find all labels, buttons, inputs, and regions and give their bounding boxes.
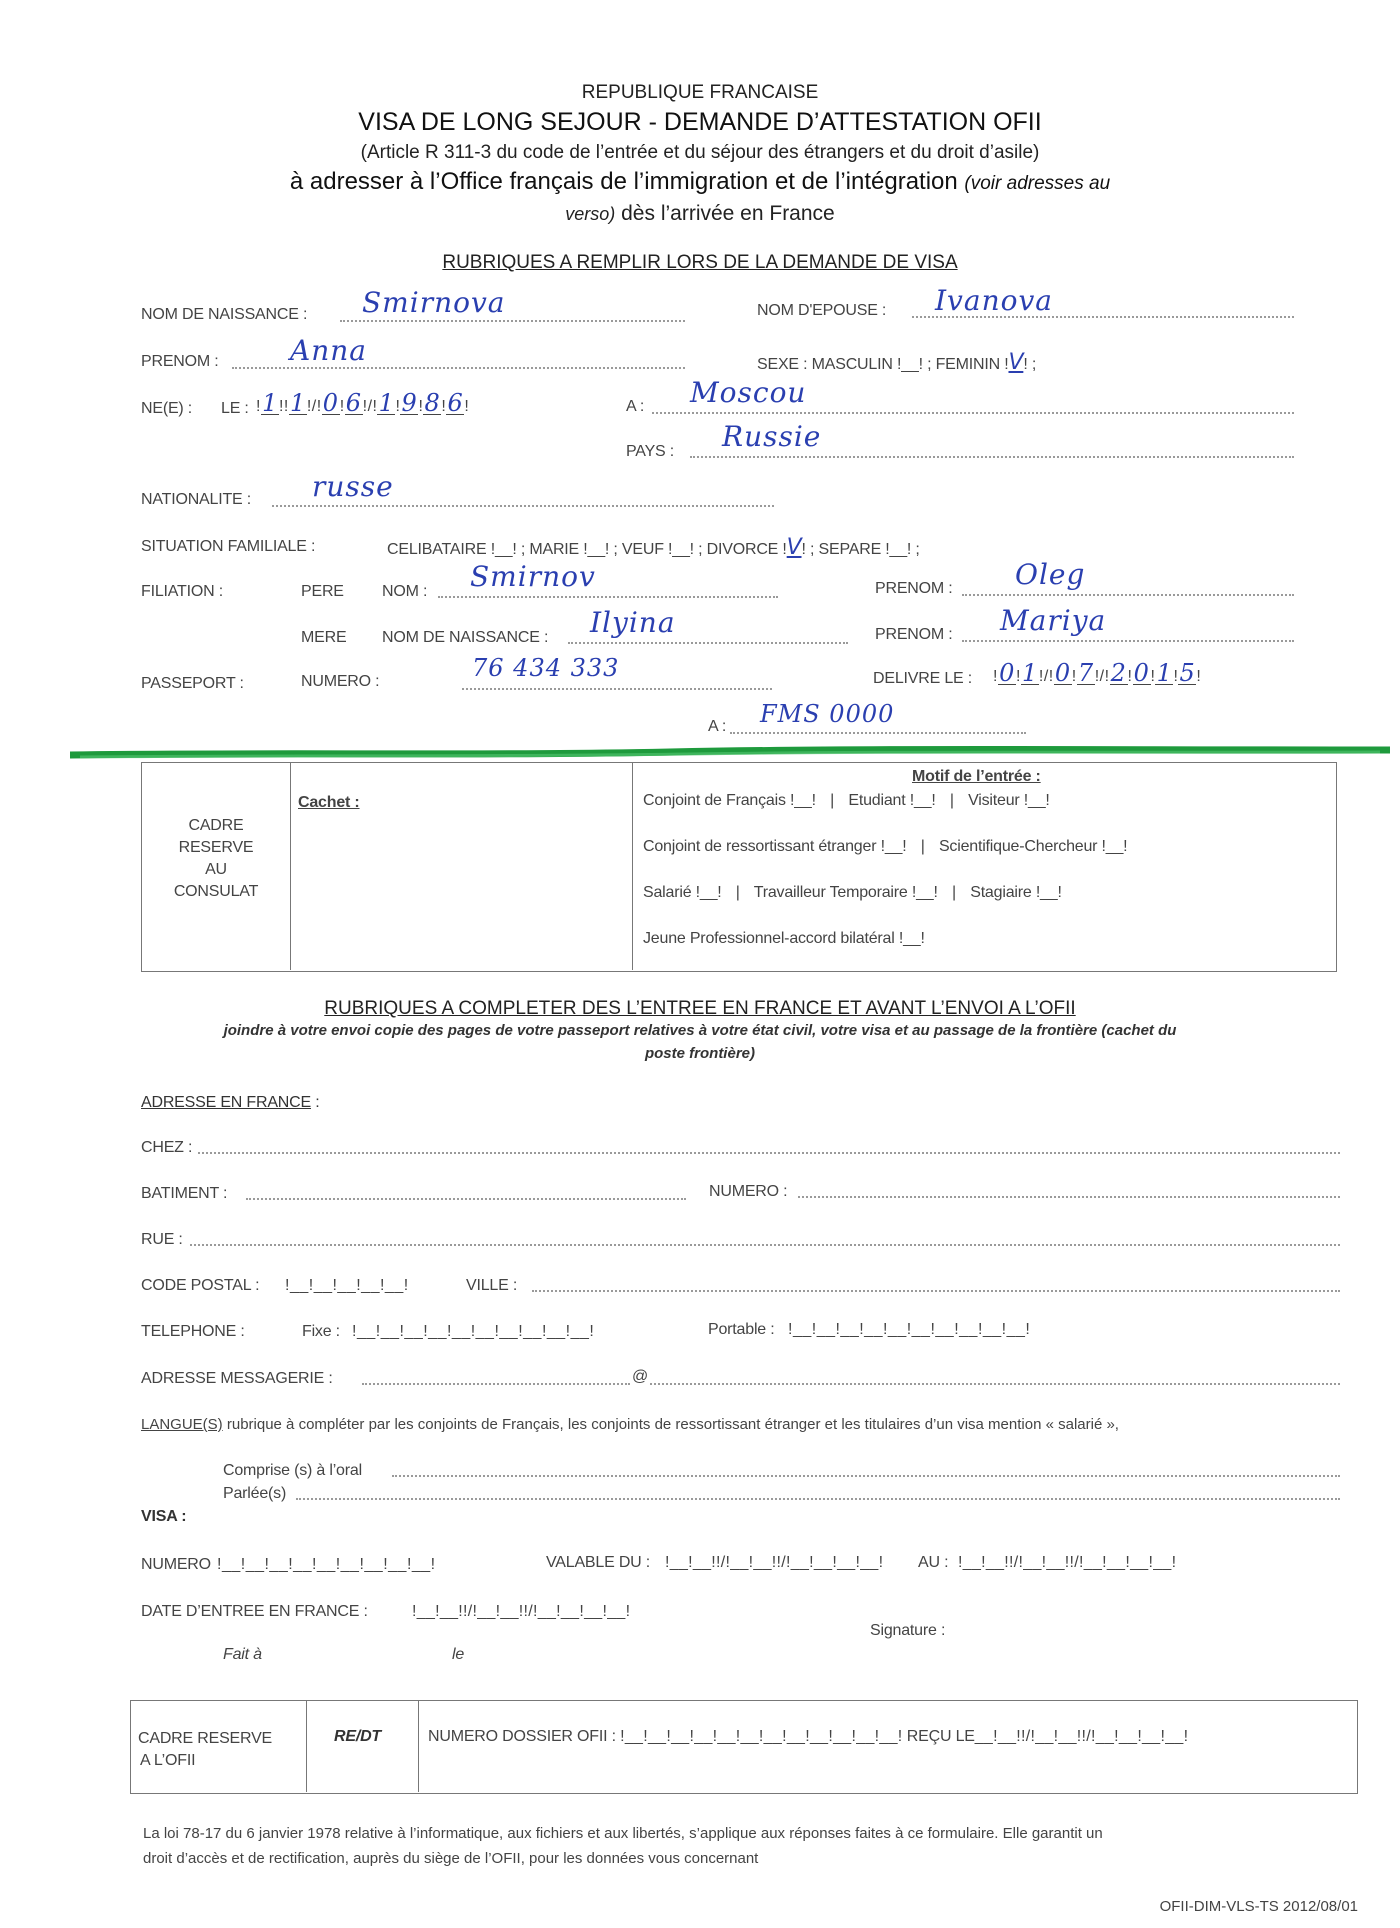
- code-postal-label: CODE POSTAL :: [141, 1277, 259, 1295]
- option-separe[interactable]: SEPARE !__! ;: [819, 541, 920, 558]
- numero-rue-field[interactable]: [798, 1196, 1340, 1198]
- code-postal-field[interactable]: !__!__!__!__!__!: [285, 1277, 409, 1295]
- lieu-naissance-field[interactable]: [652, 412, 1294, 414]
- motif-row-1: Conjoint de Français !__! | Etudiant !__…: [643, 792, 1050, 810]
- motif-row-2: Conjoint de ressortissant étranger !__! …: [643, 838, 1127, 856]
- fixe-phone-field[interactable]: !__!__!__!__!__!__!__!__!__!__!: [352, 1323, 594, 1341]
- motif-row-4: Jeune Professionnel-accord bilatéral !__…: [643, 930, 925, 948]
- date-entree-label: DATE D’ENTREE EN FRANCE :: [141, 1603, 368, 1621]
- address-italic: (voir adresses au: [964, 173, 1110, 194]
- section-2-subtitle-1: joindre à votre envoi copie des pages de…: [0, 1022, 1400, 1039]
- nom-epouse-label: NOM D'EPOUSE :: [757, 302, 886, 320]
- divider: [418, 1700, 419, 1792]
- section-2-subtitle-2: poste frontière): [0, 1045, 1400, 1062]
- passeport-a-field[interactable]: [730, 732, 1026, 734]
- passeport-numero-value[interactable]: 76 434 333: [472, 654, 619, 682]
- law-notice-line-2: droit d’accès et de rectification, auprè…: [143, 1850, 758, 1867]
- motif-etudiant[interactable]: Etudiant !__!: [848, 792, 935, 809]
- passeport-a-value[interactable]: FMS 0000: [760, 700, 894, 728]
- divider: [290, 762, 291, 970]
- green-marker-divider: [70, 746, 1390, 760]
- delivre-label: DELIVRE LE :: [873, 670, 972, 688]
- motif-travailleur-temporaire[interactable]: Travailleur Temporaire !__!: [754, 884, 938, 901]
- fait-a-label: Fait à: [223, 1646, 262, 1664]
- header-address-line-1: à adresser à l’Office français de l’immi…: [0, 168, 1400, 196]
- divider: [632, 762, 633, 970]
- pere-nom-label: NOM :: [382, 583, 427, 601]
- au-label: AU :: [918, 1554, 948, 1572]
- portable-label: Portable :: [708, 1321, 775, 1339]
- dossier-label: NUMERO DOSSIER OFII :: [428, 1728, 616, 1745]
- motif-title: Motif de l’entrée :: [912, 768, 1041, 786]
- dossier-number-field[interactable]: !__!__!__!__!__!__!__!__!__!__!__!__!: [620, 1728, 902, 1745]
- situation-options: CELIBATAIRE !__! ; MARIE !__! ; VEUF !__…: [387, 535, 920, 560]
- redt-label: RE/DT: [334, 1728, 381, 1746]
- chez-field[interactable]: [198, 1152, 1340, 1154]
- email-local-field[interactable]: [362, 1383, 630, 1385]
- lieu-naissance-value[interactable]: Moscou: [690, 376, 806, 409]
- delivre-date-field[interactable]: !0!1!/!0!7!/!2!0!1!5!: [993, 662, 1201, 686]
- visa-heading: VISA :: [141, 1508, 186, 1526]
- nom-naissance-value[interactable]: Smirnova: [362, 286, 505, 319]
- langue-label: LANGUE(S): [141, 1416, 223, 1433]
- messagerie-label: ADRESSE MESSAGERIE :: [141, 1370, 333, 1388]
- feminin-label: ; FEMININ: [927, 356, 1000, 373]
- motif-salarie[interactable]: Salarié !__!: [643, 884, 722, 901]
- rue-label: RUE :: [141, 1231, 183, 1249]
- ofii-reserved-label: CADRE RESERVE A L’OFII: [138, 1728, 272, 1772]
- feminin-check-mark: V: [1008, 350, 1023, 375]
- valable-du-field[interactable]: !__!__!!/!__!__!!/!__!__!__!__!: [665, 1554, 883, 1572]
- ofii-reserved-box: [130, 1700, 1358, 1794]
- ville-field[interactable]: [532, 1290, 1340, 1292]
- pere-nom-field[interactable]: [438, 596, 778, 598]
- feminin-checkbox[interactable]: !V! ;: [1004, 356, 1036, 373]
- mere-nom-value[interactable]: Ilyina: [590, 606, 676, 639]
- visa-numero-field[interactable]: !__!__!__!__!__!__!__!__!__!: [217, 1556, 436, 1574]
- motif-row-3: Salarié !__! | Travailleur Temporaire !_…: [643, 884, 1062, 902]
- masculin-checkbox[interactable]: !__!: [897, 356, 923, 373]
- visa-numero-label: NUMERO: [141, 1556, 211, 1574]
- header-article: (Article R 311-3 du code de l’entrée et …: [0, 142, 1400, 164]
- motif-jeune-professionnel[interactable]: Jeune Professionnel-accord bilatéral !__…: [643, 930, 925, 947]
- prenom-value[interactable]: Anna: [290, 334, 367, 367]
- nee-le-label: LE :: [221, 400, 249, 418]
- langue-instructions: rubrique à compléter par les conjoints d…: [223, 1416, 1119, 1433]
- option-veuf[interactable]: VEUF !__! ;: [622, 541, 703, 558]
- pays-label: PAYS :: [626, 443, 674, 461]
- ville-label: VILLE :: [466, 1277, 517, 1295]
- passeport-numero-field[interactable]: [462, 688, 772, 690]
- pays-field[interactable]: [690, 456, 1294, 458]
- passeport-label: PASSEPORT :: [141, 675, 244, 693]
- option-celibataire[interactable]: CELIBATAIRE !__! ;: [387, 541, 525, 558]
- header-address-line-2: verso) dès l’arrivée en France: [0, 202, 1400, 226]
- address-italic-verso: verso): [565, 204, 615, 224]
- recu-label: REÇU LE: [907, 1728, 975, 1745]
- passeport-numero-label: NUMERO :: [301, 673, 379, 691]
- langue-row: LANGUE(S) rubrique à compléter par les c…: [141, 1416, 1119, 1433]
- sexe-field: SEXE : MASCULIN !__! ; FEMININ !V! ;: [757, 350, 1036, 375]
- nom-epouse-value[interactable]: Ivanova: [935, 284, 1053, 317]
- au-field[interactable]: !__!__!!/!__!__!!/!__!__!__!__!: [958, 1554, 1176, 1572]
- nom-naissance-label: NOM DE NAISSANCE :: [141, 306, 307, 324]
- pays-value[interactable]: Russie: [722, 420, 821, 453]
- at-sign: @: [632, 1368, 648, 1386]
- option-divorce[interactable]: DIVORCE !V! ;: [707, 541, 815, 558]
- form-code: OFII-DIM-VLS-TS 2012/08/01: [1160, 1898, 1358, 1915]
- comprise-field[interactable]: [392, 1475, 1340, 1477]
- pere-prenom-label: PRENOM :: [875, 580, 953, 598]
- lieu-naissance-label: A :: [626, 398, 644, 416]
- parlee-label: Parlée(s): [223, 1485, 286, 1503]
- filiation-label: FILIATION :: [141, 583, 223, 601]
- numero-rue-label: NUMERO :: [709, 1183, 787, 1201]
- section-1-title: RUBRIQUES A REMPLIR LORS DE LA DEMANDE D…: [0, 252, 1400, 274]
- birth-date-field[interactable]: !1!!1!/!0!6!/!1!9!8!6!: [256, 392, 469, 416]
- prenom-field[interactable]: [232, 367, 685, 369]
- situation-label: SITUATION FAMILIALE :: [141, 538, 315, 556]
- consulat-reserved-label: CADRE RESERVE AU CONSULAT: [142, 815, 290, 903]
- section-2-title: RUBRIQUES A COMPLETER DES L’ENTREE EN FR…: [0, 998, 1400, 1020]
- pere-prenom-value[interactable]: Oleg: [1015, 558, 1085, 591]
- prenom-label: PRENOM :: [141, 353, 219, 371]
- motif-visiteur[interactable]: Visiteur !__!: [968, 792, 1050, 809]
- nom-naissance-field[interactable]: [340, 320, 685, 322]
- adresse-france-heading: ADRESSE EN FRANCE :: [141, 1094, 319, 1112]
- portable-phone-field[interactable]: !__!__!__!__!__!__!__!__!__!__!: [788, 1321, 1030, 1339]
- pere-nom-value[interactable]: Smirnov: [470, 560, 596, 593]
- fixe-label: Fixe :: [302, 1323, 340, 1341]
- recu-date-field[interactable]: __!__!!/!__!__!!/!__!__!__!__!: [975, 1728, 1189, 1745]
- nationalite-label: NATIONALITE :: [141, 491, 251, 509]
- rue-field[interactable]: [190, 1244, 1340, 1246]
- nee-label: NE(E) :: [141, 400, 192, 418]
- cachet-label: Cachet :: [298, 794, 360, 812]
- divorce-check-mark: V: [787, 535, 802, 560]
- mere-label: MERE: [301, 629, 346, 647]
- le-label: le: [452, 1646, 464, 1664]
- valable-du-label: VALABLE DU :: [546, 1554, 650, 1572]
- signature-label: Signature :: [870, 1622, 945, 1640]
- mere-prenom-label: PRENOM :: [875, 626, 953, 644]
- motif-scientifique[interactable]: Scientifique-Chercheur !__!: [939, 838, 1127, 855]
- batiment-label: BATIMENT :: [141, 1185, 227, 1203]
- motif-conjoint-etranger[interactable]: Conjoint de ressortissant étranger !__!: [643, 838, 906, 855]
- form-title: VISA DE LONG SEJOUR - DEMANDE D’ATTESTAT…: [0, 108, 1400, 137]
- divider: [306, 1700, 307, 1792]
- motif-stagiaire[interactable]: Stagiaire !__!: [970, 884, 1061, 901]
- sexe-label: SEXE : MASCULIN: [757, 356, 893, 373]
- ofii-dossier-row: NUMERO DOSSIER OFII : !__!__!__!__!__!__…: [428, 1728, 1188, 1746]
- telephone-label: TELEPHONE :: [141, 1323, 245, 1341]
- mere-nom-field[interactable]: [568, 642, 848, 644]
- header-republic: REPUBLIQUE FRANCAISE: [0, 82, 1400, 104]
- mere-prenom-value[interactable]: Mariya: [1000, 604, 1106, 637]
- law-notice-line-1: La loi 78-17 du 6 janvier 1978 relative …: [143, 1825, 1103, 1842]
- passeport-a-label: A :: [708, 718, 726, 736]
- pere-label: PERE: [301, 583, 344, 601]
- parlee-field[interactable]: [296, 1498, 1340, 1500]
- mere-prenom-field[interactable]: [962, 640, 1294, 642]
- pere-prenom-field[interactable]: [962, 594, 1294, 596]
- email-domain-field[interactable]: [650, 1383, 1340, 1385]
- batiment-field[interactable]: [246, 1198, 686, 1200]
- nationalite-value[interactable]: russe: [312, 470, 394, 503]
- nationalite-field[interactable]: [272, 505, 774, 507]
- address-arrival: dès l’arrivée en France: [621, 202, 835, 225]
- date-entree-field[interactable]: !__!__!!/!__!__!!/!__!__!__!__!: [412, 1603, 630, 1621]
- motif-conjoint-francais[interactable]: Conjoint de Français !__!: [643, 792, 816, 809]
- address-text: à adresser à l’Office français de l’immi…: [290, 168, 958, 195]
- chez-label: CHEZ :: [141, 1139, 192, 1157]
- comprise-label: Comprise (s) à l’oral: [223, 1462, 362, 1480]
- option-marie[interactable]: MARIE !__! ;: [529, 541, 617, 558]
- mere-nom-label: NOM DE NAISSANCE :: [382, 629, 548, 647]
